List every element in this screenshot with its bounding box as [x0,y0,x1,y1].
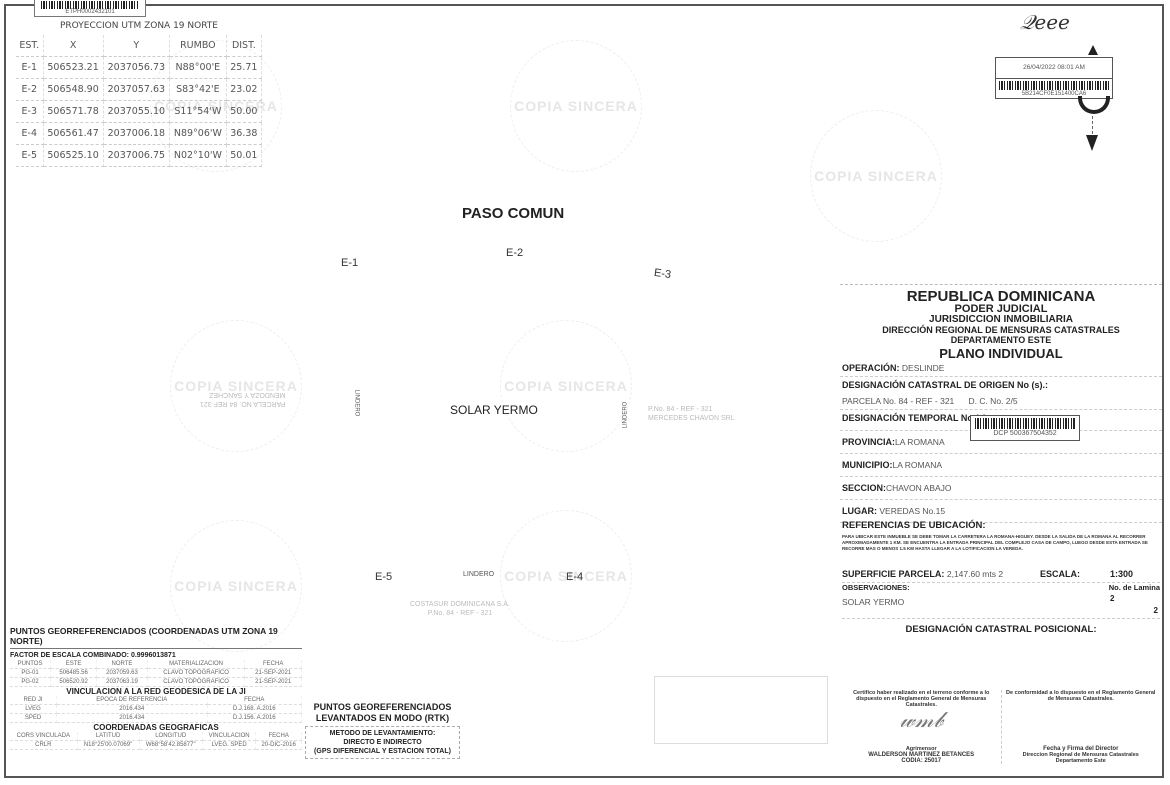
table-cell: LVEG. SPED [202,741,255,750]
table-cell: SPED [10,714,57,723]
table-cell: 20-DIC-2016 [256,741,302,750]
lindero-label: LINDERO [622,402,628,429]
table-cell: N88°00'E [170,57,227,79]
table-cell: 506548.90 [43,79,103,101]
solar-yermo-label: SOLAR YERMO [450,403,538,417]
geografica-row: CRLRN18°25'00.07069"W68°58'42.85877"LVEG… [10,741,302,750]
table-cell: PG-02 [10,678,51,687]
table-cell: E-1 [16,57,43,79]
station-label: E-3 [653,267,672,281]
origen-value-row: PARCELA No. 84 - REF - 321 D. C. No. 2/5 [840,393,1162,410]
lamina-number: 2 [1110,594,1114,603]
certification-block: Certifico haber realizado en el terreno … [842,690,1160,764]
origen-row: DESIGNACIÓN CATASTRAL DE ORIGEN No (s).: [840,377,1162,393]
column-header: FECHA [256,732,302,741]
table-cell: 21-SEP-2021 [245,678,302,687]
table-cell: D.J.156. A.2016 [207,714,301,723]
dcp-code: DCP 500367504352 [971,429,1079,438]
table-cell: E-3 [16,101,43,123]
table-cell: 506571.78 [43,101,103,123]
north-arrow-line [1092,116,1094,134]
table-cell: 2016.434 [57,705,207,714]
method-box: METODO DE LEVANTAMIENTO: DIRECTO E INDIR… [305,726,460,759]
plan-type-heading: PLANO INDIVIDUAL [840,347,1162,360]
rtk-method-block: PUNTOS GEOREFERENCIADOS LEVANTADOS EN MO… [305,702,460,759]
utm-row: E-2506548.902037057.63S83°42'E23.02 [16,79,262,101]
table-cell: 506485.56 [51,669,97,678]
table-cell: S83°42'E [170,79,227,101]
column-header: CORS VINCULADA [10,732,77,741]
column-header: ESTE [51,660,97,669]
utm-row: E-1506523.212037056.73N88°00'E25.71 [16,57,262,79]
column-header: Y [103,35,169,57]
utm-row: E-5506525.102037006.75N02°10'W50.01 [16,145,262,167]
table-cell: 23.02 [226,79,261,101]
georeferenced-points-table: PUNTOS GEORREFERENCIADOS (COORDENADAS UT… [10,626,302,750]
operacion-row: OPERACIÓN: DESLINDE [840,360,1162,377]
neighbor-left: PARCELA NO. 84 REF 321MENDOZA Y SANCHEZ [200,390,285,408]
vinculacion-row: LVEG2016.434D.J.168. A.2016 [10,705,302,714]
table-cell: W68°58'42.85877" [139,741,202,750]
geo-point-row: PG-02506520.922037063.19CLAVO TOPOGRAFIC… [10,678,302,687]
posicional-label: DESIGNACIÓN CATASTRAL POSICIONAL: [842,624,1160,635]
table-cell: E-2 [16,79,43,101]
table-cell: N18°25'00.07069" [77,741,139,750]
table-cell: LVEG [10,705,57,714]
tag-code: ETPH0002432101 [35,9,145,16]
observaciones-label: OBSERVACIONES: [842,583,910,592]
seccion-row: SECCION:CHAVON ABAJO [840,477,1162,500]
neighbor-right: P.No. 84 - REF - 321MERCEDES CHAVON SRL [648,405,735,423]
table-cell: 506520.92 [51,678,97,687]
station-label: E-2 [506,247,523,259]
director-dept: Departamento Este [1006,758,1157,764]
utm-table-title: PROYECCION UTM ZONA 19 NORTE [16,20,262,35]
table-cell: 2037006.18 [103,123,169,145]
table-cell: CLAVO TOPOGRAFICO [147,669,245,678]
table-cell: 50.01 [226,145,261,167]
table-cell: 2037059.63 [97,669,148,678]
table-cell: 2037055.10 [103,101,169,123]
geo-point-row: PG-01506485.562037059.63CLAVO TOPOGRAFIC… [10,669,302,678]
direction-heading: DIRECCIÓN REGIONAL DE MENSURAS CATASTRAL… [840,325,1162,335]
station-label: E-1 [341,257,358,269]
station-label: E-5 [375,571,392,583]
observaciones-value: SOLAR YERMO [842,597,904,607]
department-heading: DEPARTAMENTO ESTE [840,335,1162,345]
table-cell: D.J.168. A.2016 [207,705,301,714]
lindero-label: LINDERO [353,390,359,417]
rtk-title: PUNTOS GEOREFERENCIADOS LEVANTADOS EN MO… [305,702,460,724]
column-header: LONGITUD [139,732,202,741]
lamina-total: 2 [1154,606,1158,615]
table-cell: 506561.47 [43,123,103,145]
superficie-label: SUPERFICIE PARCELA: [842,569,944,579]
watermark-stamp: COPIA SINCERA [810,110,942,242]
lindero-label: LINDERO [463,571,494,578]
stamp-datetime: 26/04/2022 08:01 AM [996,58,1112,79]
utm-row: E-3506571.782037055.10S11°54'W50.00 [16,101,262,123]
column-header: NORTE [97,660,148,669]
escala-value: 1:300 [1110,569,1133,579]
superficie-section: SUPERFICIE PARCELA: 2,147.60 mts 2 ESCAL… [842,566,1160,635]
geograficas-title: COORDENADAS GEOGRAFICAS [10,723,302,732]
title-block: REPUBLICA DOMINICANA PODER JUDICIAL JURI… [840,284,1162,523]
vinculacion-title: VINCULACION A LA RED GEODESICA DE LA JI [10,687,302,696]
paso-comun-label: PASO COMUN [462,205,564,222]
north-arrow-up-icon [1088,45,1098,55]
cert-right-text: De conformidad a lo dispuesto en el Regl… [1006,690,1157,702]
document-tag: ETPH0002432101 [34,0,146,17]
scale-factor: FACTOR DE ESCALA COMBINADO: 0.9996013871 [10,652,302,659]
watermark-stamp: COPIA SINCERA [170,320,302,452]
jurisdiction-heading: JURISDICCION INMOBILIARIA [840,315,1162,325]
municipio-row: MUNICIPIO:LA ROMANA [840,454,1162,477]
column-header: PUNTOS [10,660,51,669]
table-cell: 506525.10 [43,145,103,167]
column-header: X [43,35,103,57]
table-cell: CRLR [10,741,77,750]
watermark-stamp: COPIA SINCERA [500,320,632,452]
lamina-label: No. de Lamina [1109,583,1160,592]
cert-left-text: Certifico haber realizado en el terreno … [846,690,997,708]
table-cell: 2037006.75 [103,145,169,167]
table-cell: 50.00 [226,101,261,123]
barcode [999,81,1109,90]
registration-stamp: 26/04/2022 08:01 AM 5B214CF0E151400CA6 [995,57,1113,99]
signature: 𝒬𝑒𝑒𝑒 [1020,10,1070,34]
watermark-stamp: COPIA SINCERA [510,40,642,172]
north-arrow-down-icon [1086,135,1098,151]
dcp-barcode: DCP 500367504352 [970,415,1080,441]
empty-box [654,676,828,744]
table-cell: N02°10'W [170,145,227,167]
table-cell: N89°06'W [170,123,227,145]
column-header: DIST. [226,35,261,57]
agrimensor-signature: 𝓌𝓂𝒷 [846,708,997,746]
table-cell: 36.38 [226,123,261,145]
escala-label: ESCALA: [1040,569,1080,579]
table-cell: 21-SEP-2021 [245,669,302,678]
table-cell: 2037057.63 [103,79,169,101]
agrimensor-codia: CODIA: 25017 [846,758,997,764]
barcode [975,418,1075,429]
table-cell: 2037063.19 [97,678,148,687]
table-cell: PG-01 [10,669,51,678]
table-cell: 25.71 [226,57,261,79]
column-header: RUMBO [170,35,227,57]
table-cell: 506523.21 [43,57,103,79]
column-header: LATITUD [77,732,139,741]
table-cell: 2037056.73 [103,57,169,79]
referencias-label: REFERENCIAS DE UBICACIÓN: [842,520,1160,531]
column-header: MATERIALIZACION [147,660,245,669]
utm-row: E-4506561.472037006.18N89°06'W36.38 [16,123,262,145]
geo-title: PUNTOS GEORREFERENCIADOS (COORDENADAS UT… [10,626,302,649]
country-heading: REPUBLICA DOMINICANA [840,289,1162,304]
column-header: RED JI [10,696,57,705]
column-header: EST. [16,35,43,57]
column-header: FECHA [245,660,302,669]
vinculacion-row: SPED2016.434D.J.156. A.2016 [10,714,302,723]
table-cell: E-4 [16,123,43,145]
utm-coordinates-table: PROYECCION UTM ZONA 19 NORTE EST. X Y RU… [16,20,262,167]
column-header: EPOCA DE REFERENCIA [57,696,207,705]
referencias-text: PARA UBICAR ESTE INMUEBLE SE DEBE TOMAR … [842,534,1160,552]
station-label: E-4 [566,571,583,583]
table-cell: E-5 [16,145,43,167]
table-cell: 2016.434 [57,714,207,723]
neighbor-bottom: COSTASUR DOMINICANA S.A.P.No. 84 - REF -… [410,600,510,618]
table-cell: CLAVO TOPOGRAFICO [147,678,245,687]
column-header: VINCULACION [202,732,255,741]
barcode [41,1,139,9]
table-cell: S11°54'W [170,101,227,123]
column-header: FECHA [207,696,301,705]
superficie-value: 2,147.60 mts 2 [947,569,1003,579]
referencias-section: REFERENCIAS DE UBICACIÓN: PARA UBICAR ES… [842,520,1160,552]
